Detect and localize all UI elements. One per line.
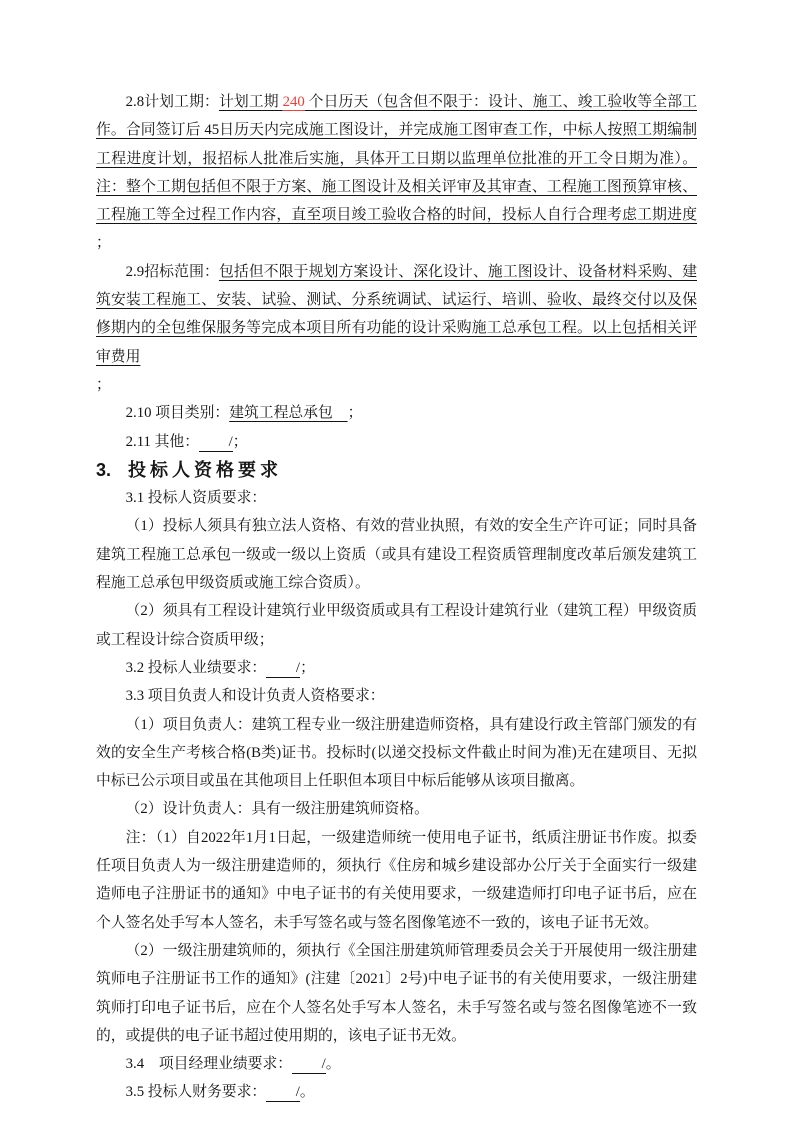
- clause-3-3-item-1: （1）项目负责人：建筑工程专业一级注册建造师资格，具有建设行政主管部门颁发的有效…: [96, 711, 697, 796]
- clause-2-9-label: 2.9招标范围：: [126, 264, 219, 280]
- project-category-value: 建筑工程总承包: [229, 405, 347, 421]
- clause-3-5-blank-field: /: [266, 1082, 300, 1102]
- clause-2-8: 2.8计划工期：计划工期 240 个日历天（包含但不限于：设计、施工、竣工验收等…: [96, 88, 697, 258]
- clause-3-5: 3.5 投标人财务要求：/。: [96, 1078, 697, 1106]
- clause-3-2-label: 3.2 投标人业绩要求：: [126, 660, 267, 676]
- clause-3-4-label: 3.4 项目经理业绩要求：: [126, 1056, 292, 1072]
- clause-3-4-blank-field: /: [292, 1054, 326, 1074]
- clause-2-11: 2.11 其他：/；: [96, 428, 697, 456]
- clause-2-11-tail: ；: [233, 434, 248, 450]
- clause-3-5-label: 3.5 投标人财务要求：: [126, 1084, 267, 1100]
- clause-3-1-heading: 3.1 投标人资质要求：: [96, 484, 697, 512]
- document-body: 2.8计划工期：计划工期 240 个日历天（包含但不限于：设计、施工、竣工验收等…: [96, 88, 697, 1107]
- clause-2-8-underlined-text-1: 计划工期: [219, 94, 283, 110]
- clause-2-10-tail: ；: [348, 405, 363, 421]
- clause-3-3-note-1: 注：（1）自2022年1月1日起，一级建造师统一使用电子证书，纸质注册证书作废。…: [96, 824, 697, 937]
- clause-2-9-tail-line: ；: [96, 371, 697, 399]
- clause-3-4: 3.4 项目经理业绩要求：/。: [96, 1050, 697, 1078]
- clause-2-8-label: 2.8计划工期：: [126, 94, 219, 110]
- planned-duration-value: 240: [283, 94, 305, 110]
- clause-3-1-item-1: （1）投标人须具有独立法人资格、有效的营业执照，有效的安全生产许可证；同时具备建…: [96, 512, 697, 597]
- clause-3-2-blank-field: /: [266, 658, 300, 678]
- clause-2-9: 2.9招标范围：包括但不限于规划方案设计、深化设计、施工图设计、设备材料采购、建…: [96, 258, 697, 371]
- section-3-heading: 3.投标人资格要求: [96, 456, 697, 484]
- clause-3-3-item-2: （2）设计负责人：具有一级注册建筑师资格。: [96, 795, 697, 823]
- section-3-number: 3.: [96, 460, 111, 480]
- section-3-title: 投标人资格要求: [128, 460, 282, 480]
- clause-3-2: 3.2 投标人业绩要求：/；: [96, 654, 697, 682]
- clause-2-11-blank-field: /: [199, 432, 233, 452]
- clause-2-9-tail: ；: [96, 377, 111, 393]
- clause-2-10: 2.10 项目类别：建筑工程总承包 ；: [96, 399, 697, 427]
- clause-3-5-tail: 。: [300, 1084, 315, 1100]
- clause-3-3-heading: 3.3 项目负责人和设计负责人资格要求：: [96, 682, 697, 710]
- clause-2-8-underlined-text-2: 个日历天（包含但不限于：设计、施工、竣工验收等全部工作。合同签订后 45日历天内…: [96, 94, 697, 223]
- clause-2-11-label: 2.11 其他：: [126, 434, 199, 450]
- clause-3-2-tail: ；: [300, 660, 315, 676]
- clause-2-10-label: 2.10 项目类别：: [126, 405, 230, 421]
- clause-2-8-tail: ；: [96, 235, 111, 251]
- clause-3-3-note-2: （2）一级注册建筑师的，须执行《全国注册建筑师管理委员会关于开展使用一级注册建筑…: [96, 937, 697, 1050]
- clause-3-1-item-2: （2）须具有工程设计建筑行业甲级资质或具有工程设计建筑行业（建筑工程）甲级资质或…: [96, 597, 697, 654]
- document-page: 2.8计划工期：计划工期 240 个日历天（包含但不限于：设计、施工、竣工验收等…: [0, 0, 793, 1123]
- clause-3-4-tail: 。: [326, 1056, 341, 1072]
